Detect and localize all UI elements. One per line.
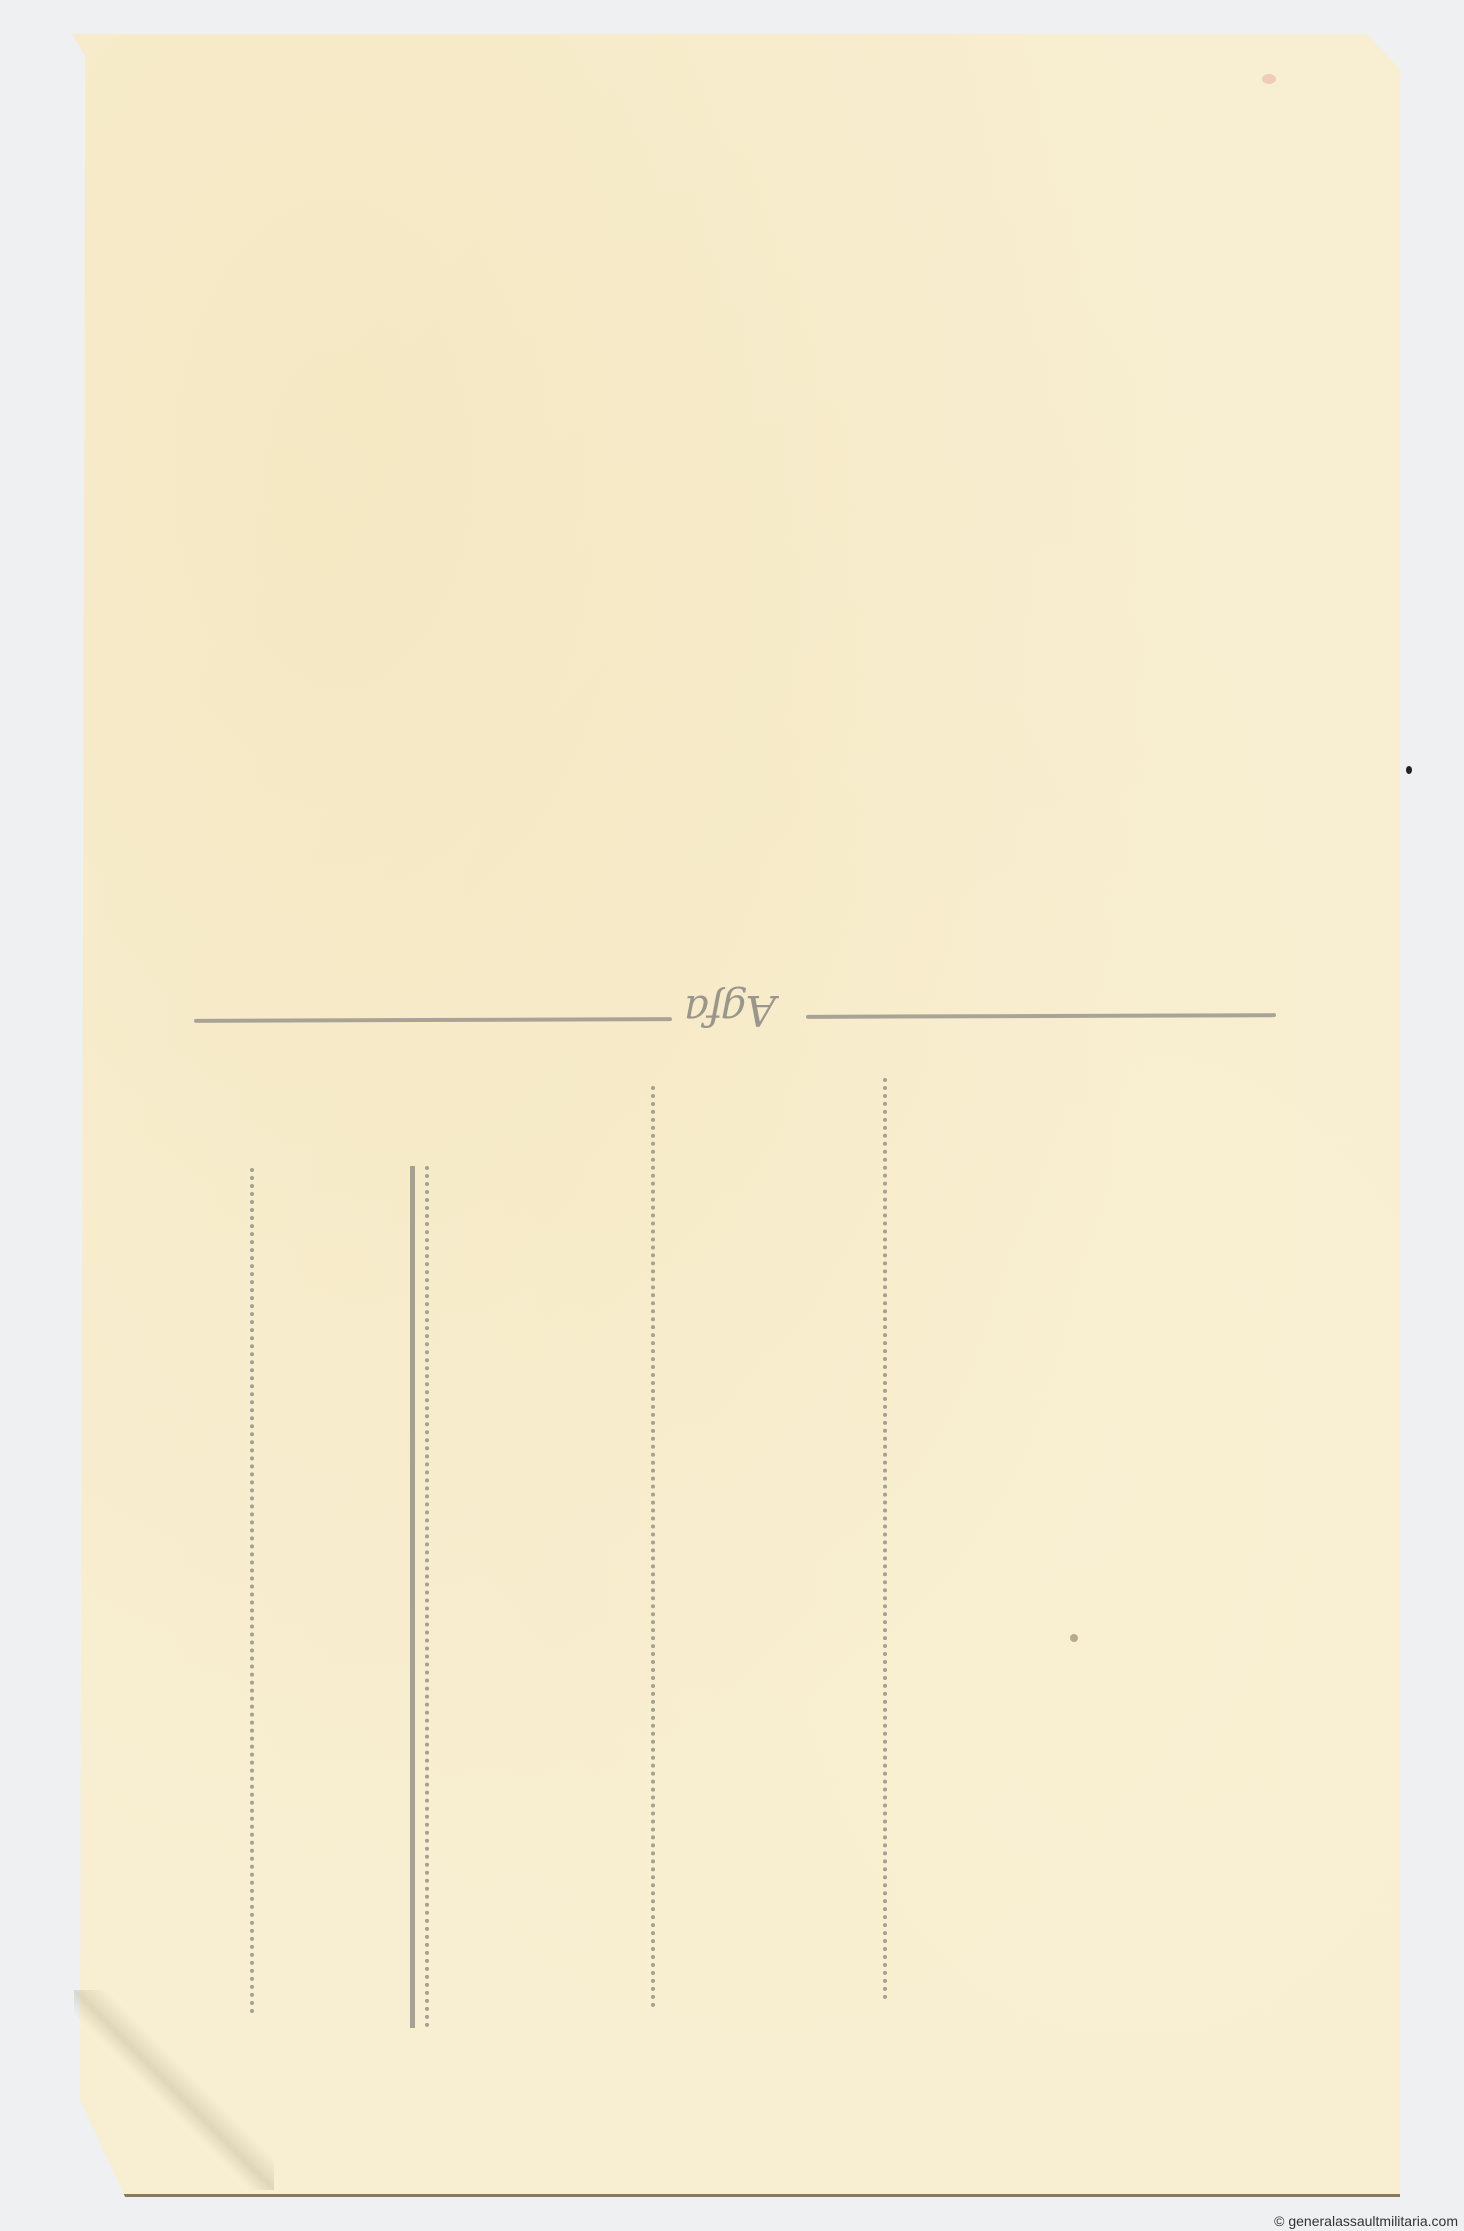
watermark: © generalassaultmilitaria.com (1274, 2213, 1458, 2229)
address-line-3 (651, 1086, 655, 2008)
address-line-2 (425, 1166, 429, 2028)
address-line-4 (883, 1078, 887, 2000)
postcard-back (72, 34, 1400, 2197)
stain-spot (1070, 1634, 1078, 1642)
address-line-solid (410, 1166, 415, 2028)
address-line-1 (250, 1168, 254, 2014)
pink-mark (1262, 74, 1276, 84)
edge-mark (1406, 766, 1412, 774)
agfa-logo: Agfa (686, 986, 776, 1035)
